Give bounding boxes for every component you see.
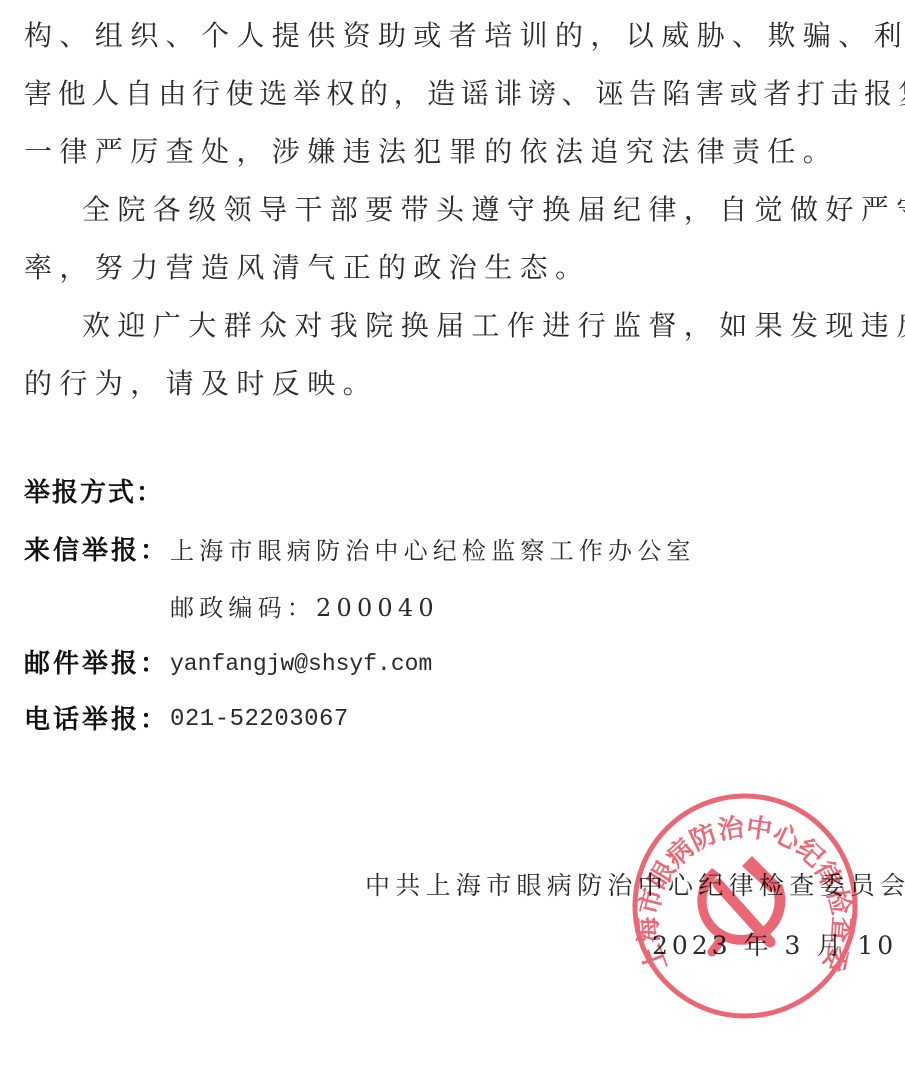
email-report-label: 邮件举报： [24, 648, 169, 680]
paragraph-1-line-1: 构、组织、个人提供资助或者培训的，以威胁、欺骗、利诱等手段妨 [24, 20, 905, 52]
paragraph-2-line-1: 全院各级领导干部要带头遵守换届纪律，自觉做好严守纪律的表 [82, 194, 905, 226]
paragraph-1-line-3: 一律严厉查处，涉嫌违法犯罪的依法追究法律责任。 [24, 136, 838, 168]
signature-organization: 中共上海市眼病防治中心纪律检查委员会 [365, 871, 905, 901]
email-report-address[interactable]: yanfangjw@shsyf.com [170, 648, 432, 680]
paragraph-2-line-2: 率，努力营造风清气正的政治生态。 [24, 252, 590, 284]
paragraph-3-line-1: 欢迎广大群众对我院换届工作进行监督，如果发现违反换届纪律 [82, 310, 905, 342]
signature-date: 2023 年 3 月 10 日 [652, 931, 905, 961]
postal-code: 邮政编码：200040 [170, 592, 439, 624]
letter-report-address: 上海市眼病防治中心纪检监察工作办公室 [170, 535, 696, 567]
phone-report-label: 电话举报： [24, 704, 169, 736]
seal-outer-ring [635, 796, 855, 1016]
phone-report-number: 021-52203067 [170, 704, 349, 736]
letter-report-label: 来信举报： [24, 535, 169, 567]
official-seal-stamp: 中共上海市眼病防治中心纪律检查委员会 [632, 792, 858, 1020]
paragraph-1-line-2: 害他人自由行使选举权的，造谣诽谤、诬告陷害或者打击报复他人的， [24, 78, 905, 110]
paragraph-3-line-2: 的行为，请及时反映。 [24, 368, 378, 400]
report-methods-heading: 举报方式： [24, 477, 164, 509]
